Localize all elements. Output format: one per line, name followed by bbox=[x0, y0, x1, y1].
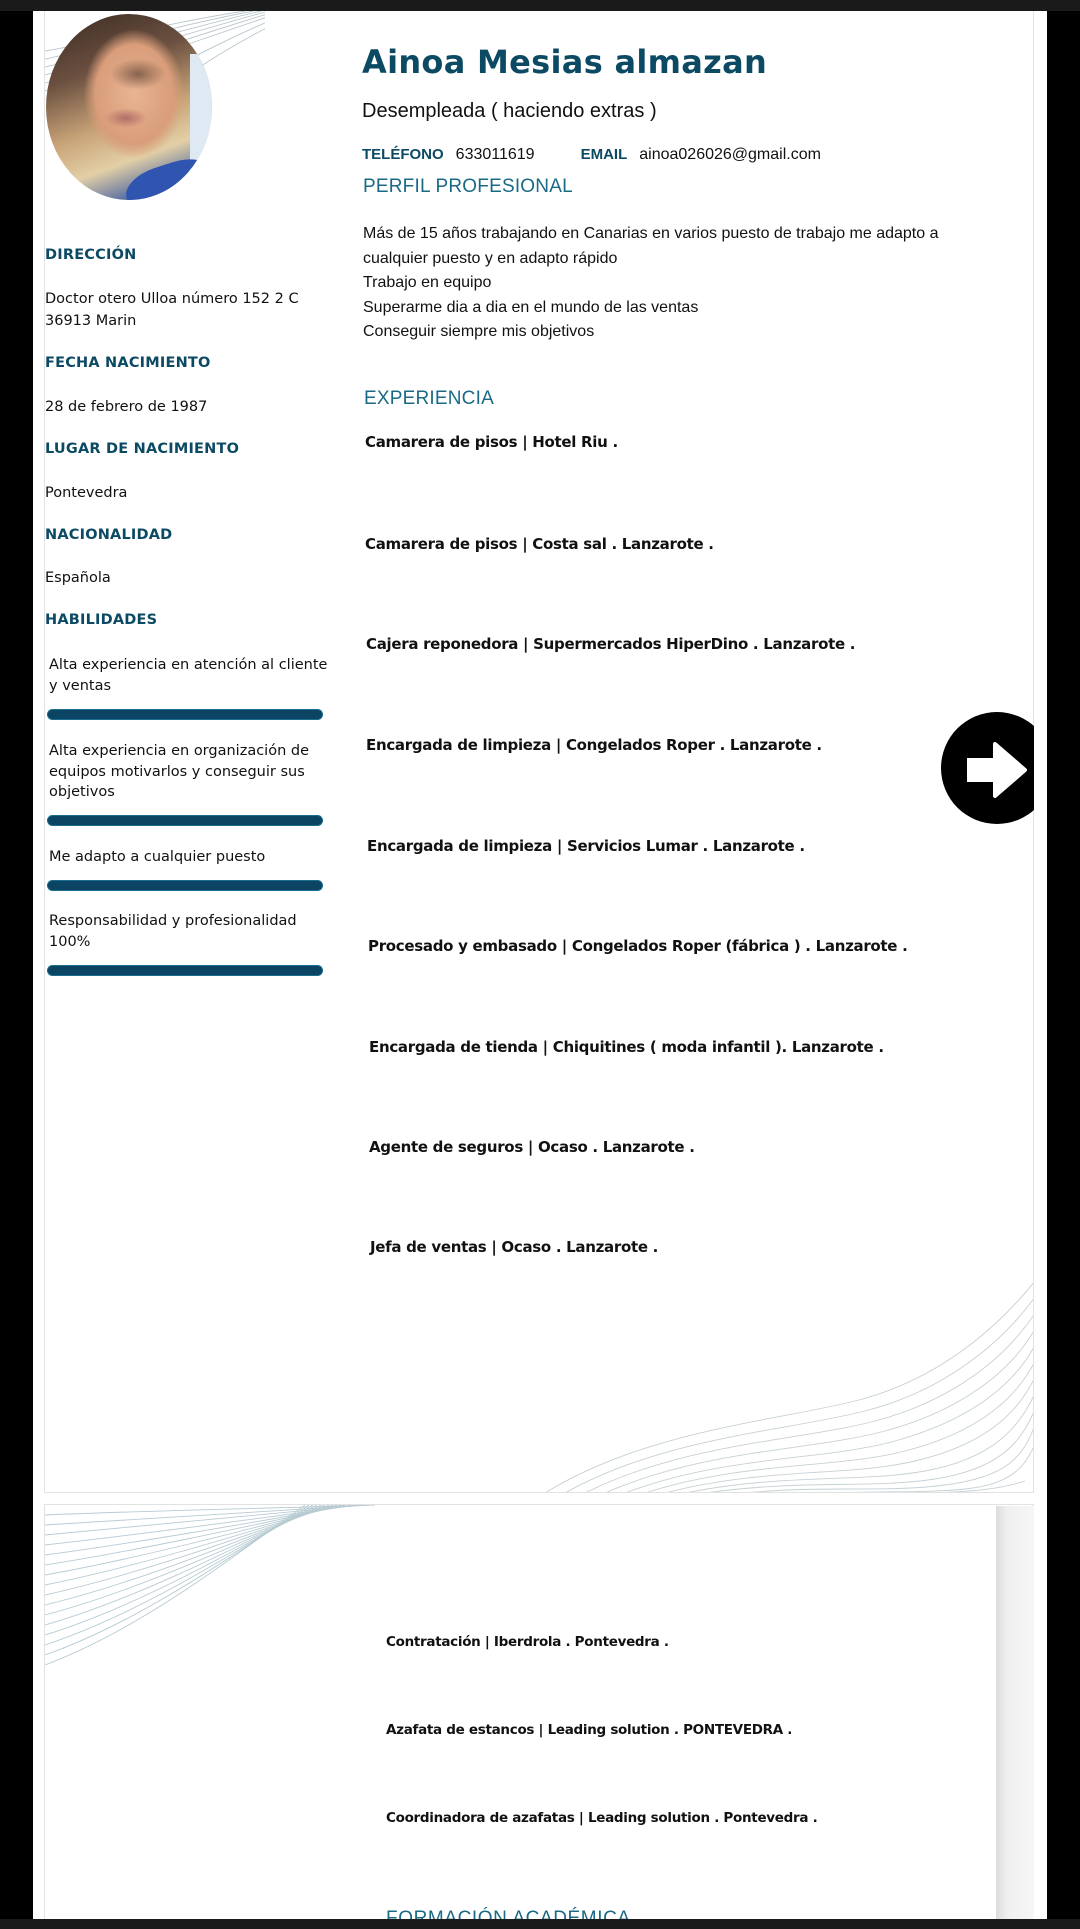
fecha-value: 28 de febrero de 1987 bbox=[45, 397, 207, 418]
skill-label: Alta experiencia en organización de equi… bbox=[49, 741, 339, 803]
direccion-label: DIRECCIÓN bbox=[45, 247, 136, 263]
job-entry: Cajera reponedora | Supermercados HiperD… bbox=[366, 635, 855, 653]
job-entry: Coordinadora de azafatas | Leading solut… bbox=[386, 1810, 817, 1826]
skill-label: Responsabilidad y profesionalidad 100% bbox=[49, 911, 339, 952]
nacionalidad-label: NACIONALIDAD bbox=[45, 527, 172, 543]
direccion-line2: 36913 Marin bbox=[45, 311, 136, 332]
email-value: ainoa026026@gmail.com bbox=[639, 146, 821, 163]
profile-photo bbox=[46, 14, 212, 200]
job-entry: Encargada de limpieza | Servicios Lumar … bbox=[367, 837, 805, 855]
profile-summary: Más de 15 años trabajando en Canarias en… bbox=[363, 222, 1003, 345]
section-title-experiencia: EXPERIENCIA bbox=[364, 388, 494, 410]
skill-label: Me adapto a cualquier puesto bbox=[49, 847, 339, 868]
profile-line: Conseguir siempre mis objetivos bbox=[363, 320, 1003, 345]
job-entry: Azafata de estancos | Leading solution .… bbox=[386, 1722, 792, 1738]
job-entry: Contratación | Iberdrola . Pontevedra . bbox=[386, 1634, 669, 1650]
job-entry: Encargada de tienda | Chiquitines ( moda… bbox=[369, 1038, 884, 1056]
resume-page-2 bbox=[44, 1504, 1034, 1929]
skill-bar bbox=[47, 965, 323, 976]
job-entry: Procesado y embasado | Congelados Roper … bbox=[368, 937, 908, 955]
job-entry: Agente de seguros | Ocaso . Lanzarote . bbox=[369, 1138, 695, 1156]
profile-line: Superarme dia a dia en el mundo de las v… bbox=[363, 296, 1003, 321]
profile-line: Trabajo en equipo bbox=[363, 271, 1003, 296]
skill-bar bbox=[47, 709, 323, 720]
skill-bar bbox=[47, 815, 323, 826]
phone-value: 633011619 bbox=[456, 146, 535, 163]
candidate-status: Desempleada ( haciendo extras ) bbox=[362, 100, 657, 123]
decorative-waves-top bbox=[45, 1505, 375, 1665]
fecha-label: FECHA NACIMIENTO bbox=[45, 355, 211, 371]
job-entry: Jefa de ventas | Ocaso . Lanzarote . bbox=[370, 1238, 658, 1256]
profile-line: cualquier puesto y en adapto rápido bbox=[363, 247, 1003, 272]
lugar-label: LUGAR DE NACIMIENTO bbox=[45, 441, 239, 457]
arrow-right-icon bbox=[967, 742, 1027, 798]
phone-label: TELÉFONO bbox=[362, 146, 444, 163]
direccion-line1: Doctor otero Ulloa número 152 2 C bbox=[45, 289, 299, 310]
page-edge-shadow bbox=[996, 1506, 1034, 1919]
next-page-button-wrapper bbox=[900, 700, 1034, 840]
candidate-name: Ainoa Mesias almazan bbox=[362, 43, 767, 81]
decorative-waves-bottom bbox=[525, 1271, 1034, 1493]
contact-info: TELÉFONO633011619EMAILainoa026026@gmail.… bbox=[362, 146, 821, 164]
nacionalidad-value: Española bbox=[45, 568, 111, 589]
bottom-bar bbox=[0, 1919, 1080, 1929]
job-entry: Encargada de limpieza | Congelados Roper… bbox=[366, 736, 822, 754]
email-label: EMAIL bbox=[581, 146, 628, 163]
section-title-perfil: PERFIL PROFESIONAL bbox=[363, 176, 573, 198]
lugar-value: Pontevedra bbox=[45, 483, 127, 504]
habilidades-label: HABILIDADES bbox=[45, 612, 157, 628]
job-entry: Camarera de pisos | Costa sal . Lanzarot… bbox=[365, 535, 714, 553]
job-entry: Camarera de pisos | Hotel Riu . bbox=[365, 433, 618, 451]
top-bar bbox=[0, 0, 1080, 11]
skill-label: Alta experiencia en atención al cliente … bbox=[49, 655, 339, 696]
profile-line: Más de 15 años trabajando en Canarias en… bbox=[363, 222, 1003, 247]
skill-bar bbox=[47, 880, 323, 891]
next-page-button[interactable] bbox=[941, 712, 1034, 824]
